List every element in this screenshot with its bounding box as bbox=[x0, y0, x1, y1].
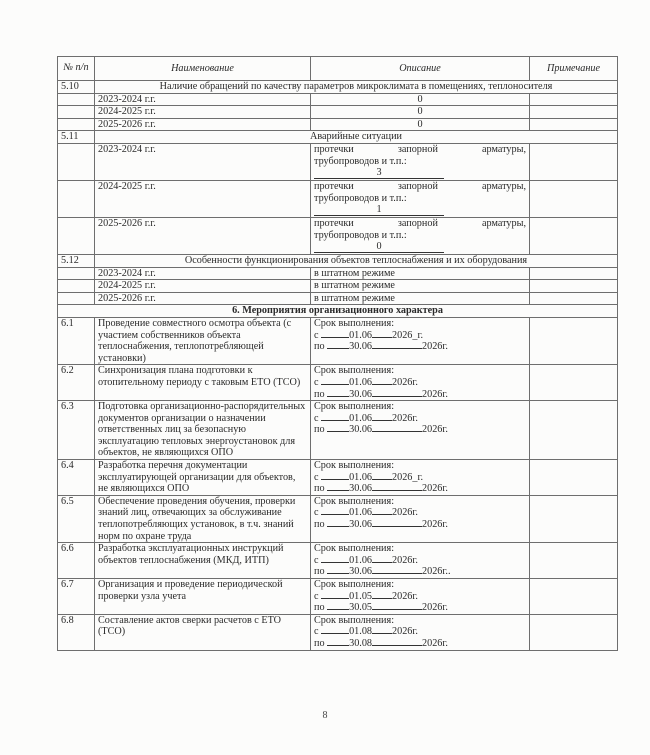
table-row: 2023-2024 г.г. в штатном режиме bbox=[58, 267, 618, 280]
term-label: Срок выполнения: bbox=[314, 496, 526, 508]
term-to: по 30.062026г. bbox=[314, 483, 526, 495]
from-date: 01.06 bbox=[349, 555, 372, 566]
term-label: Срок выполнения: bbox=[314, 318, 526, 330]
from-date: 01.06 bbox=[349, 330, 372, 341]
term: Срок выполнения:с 01.062026_г.по 30.0620… bbox=[311, 317, 530, 364]
term-label: Срок выполнения: bbox=[314, 543, 526, 555]
period: 2023-2024 г.г. bbox=[95, 267, 311, 280]
term: Срок выполнения:с 01.062026г.по 30.06202… bbox=[311, 495, 530, 542]
section-title: 6. Мероприятия организационного характер… bbox=[58, 305, 618, 318]
note bbox=[530, 317, 618, 364]
measure-name: Обеспечение проведения обучения, проверк… bbox=[95, 495, 311, 542]
description: протечки запорной арматуры, трубопроводо… bbox=[311, 180, 530, 217]
table-row: 6.3Подготовка организационно-распорядите… bbox=[58, 401, 618, 460]
to-date: 30.06 bbox=[349, 341, 372, 352]
measure-name: Организация и проведение периодической п… bbox=[95, 579, 311, 615]
note bbox=[530, 267, 618, 280]
term-label: Срок выполнения: bbox=[314, 615, 526, 627]
header-note: Примечание bbox=[530, 57, 618, 81]
value: в штатном режиме bbox=[311, 292, 530, 305]
note bbox=[530, 614, 618, 650]
note bbox=[530, 143, 618, 180]
row-num: 6.5 bbox=[58, 495, 95, 542]
from-year: 2026г. bbox=[392, 555, 418, 566]
term-from: с 01.052026г. bbox=[314, 591, 526, 603]
term-to: по 30.062026г. bbox=[314, 341, 526, 353]
row-num: 6.1 bbox=[58, 317, 95, 364]
table-row: 2025-2026 г.г. протечки запорной арматур… bbox=[58, 217, 618, 254]
to-date: 30.06 bbox=[349, 389, 372, 400]
note bbox=[530, 495, 618, 542]
table-row: 2023-2024 г.г. 0 bbox=[58, 93, 618, 106]
period: 2023-2024 г.г. bbox=[95, 143, 311, 180]
note bbox=[530, 579, 618, 615]
from-year: 2026_г. bbox=[392, 472, 423, 483]
row-num: 6.3 bbox=[58, 401, 95, 460]
term: Срок выполнения:с 01.062026г.по 30.06202… bbox=[311, 401, 530, 460]
note bbox=[530, 292, 618, 305]
to-year: 2026г. bbox=[422, 602, 448, 613]
term-to: по 30.082026г. bbox=[314, 638, 526, 650]
from-date: 01.06 bbox=[349, 507, 372, 518]
value: 0 bbox=[311, 106, 530, 119]
term-to: по 30.052026г. bbox=[314, 602, 526, 614]
value: 0 bbox=[311, 118, 530, 131]
page-number: 8 bbox=[0, 710, 650, 721]
section-row-5-12: 5.12 Особенности функционирования объект… bbox=[58, 254, 618, 267]
measure-name: Подготовка организационно-распорядительн… bbox=[95, 401, 311, 460]
value: в штатном режиме bbox=[311, 267, 530, 280]
section-row-5-11: 5.11 Аварийные ситуации bbox=[58, 131, 618, 144]
row-num: 6.6 bbox=[58, 543, 95, 579]
from-year: 2026г. bbox=[392, 591, 418, 602]
term-to: по 30.062026г. bbox=[314, 389, 526, 401]
from-year: 2026г. bbox=[392, 377, 418, 388]
row-num: 5.12 bbox=[58, 254, 95, 267]
note bbox=[530, 93, 618, 106]
from-date: 01.06 bbox=[349, 413, 372, 424]
from-year: 2026г. bbox=[392, 626, 418, 637]
period: 2023-2024 г.г. bbox=[95, 93, 311, 106]
note bbox=[530, 365, 618, 401]
measure-name: Проведение совместного осмотра объекта (… bbox=[95, 317, 311, 364]
note bbox=[530, 460, 618, 496]
section-row-5-10: 5.10 Наличие обращений по качеству парам… bbox=[58, 81, 618, 94]
count-value: 1 bbox=[314, 205, 444, 216]
measure-name: Разработка эксплуатационных инструкций о… bbox=[95, 543, 311, 579]
section-title: Аварийные ситуации bbox=[95, 131, 618, 144]
period: 2024-2025 г.г. bbox=[95, 280, 311, 293]
to-year: 2026г. bbox=[422, 341, 448, 352]
from-year: 2026г. bbox=[392, 507, 418, 518]
table-row: 6.1Проведение совместного осмотра объект… bbox=[58, 317, 618, 364]
note bbox=[530, 217, 618, 254]
to-date: 30.06 bbox=[349, 519, 372, 530]
term: Срок выполнения:с 01.062026_г.по 30.0620… bbox=[311, 460, 530, 496]
table-row: 6.7Организация и проведение периодическо… bbox=[58, 579, 618, 615]
measure-name: Синхронизация плана подготовки к отопите… bbox=[95, 365, 311, 401]
term: Срок выполнения:с 01.082026г.по 30.08202… bbox=[311, 614, 530, 650]
table-header-row: № п/п Наименование Описание Примечание bbox=[58, 57, 618, 81]
count-value: 0 bbox=[314, 242, 444, 253]
from-date: 01.06 bbox=[349, 472, 372, 483]
table-row: 6.4Разработка перечня документации экспл… bbox=[58, 460, 618, 496]
term-to: по 30.062026г. bbox=[314, 424, 526, 436]
table-row: 6.8Составление актов сверки расчетов с Е… bbox=[58, 614, 618, 650]
document-table: № п/п Наименование Описание Примечание 5… bbox=[57, 56, 618, 651]
note bbox=[530, 180, 618, 217]
table-row: 2025-2026 г.г. 0 bbox=[58, 118, 618, 131]
term-from: с 01.082026г. bbox=[314, 626, 526, 638]
term-from: с 01.062026г. bbox=[314, 507, 526, 519]
header-name: Наименование bbox=[95, 57, 311, 81]
note bbox=[530, 106, 618, 119]
to-year: 2026г. bbox=[422, 389, 448, 400]
term-label: Срок выполнения: bbox=[314, 460, 526, 472]
period: 2025-2026 г.г. bbox=[95, 292, 311, 305]
term: Срок выполнения:с 01.062026г.по 30.06202… bbox=[311, 543, 530, 579]
value: в штатном режиме bbox=[311, 280, 530, 293]
period: 2024-2025 г.г. bbox=[95, 106, 311, 119]
term-from: с 01.062026_г. bbox=[314, 472, 526, 484]
table-row: 6.5Обеспечение проведения обучения, пров… bbox=[58, 495, 618, 542]
table-row: 2024-2025 г.г. 0 bbox=[58, 106, 618, 119]
period: 2024-2025 г.г. bbox=[95, 180, 311, 217]
to-year: 2026г. bbox=[422, 519, 448, 530]
table-row: 2025-2026 г.г. в штатном режиме bbox=[58, 292, 618, 305]
term-label: Срок выполнения: bbox=[314, 365, 526, 377]
term: Срок выполнения:с 01.062026г.по 30.06202… bbox=[311, 365, 530, 401]
description: протечки запорной арматуры, трубопроводо… bbox=[311, 143, 530, 180]
table-row: 2024-2025 г.г. в штатном режиме bbox=[58, 280, 618, 293]
from-date: 01.08 bbox=[349, 626, 372, 637]
description: протечки запорной арматуры, трубопроводо… bbox=[311, 217, 530, 254]
section-heading-6: 6. Мероприятия организационного характер… bbox=[58, 305, 618, 318]
term-from: с 01.062026г. bbox=[314, 377, 526, 389]
row-num: 5.11 bbox=[58, 131, 95, 144]
note bbox=[530, 118, 618, 131]
term-label: Срок выполнения: bbox=[314, 579, 526, 591]
term-from: с 01.062026г. bbox=[314, 555, 526, 567]
row-num: 6.7 bbox=[58, 579, 95, 615]
row-num: 6.2 bbox=[58, 365, 95, 401]
term-from: с 01.062026г. bbox=[314, 413, 526, 425]
to-date: 30.06 bbox=[349, 566, 372, 577]
term-from: с 01.062026_г. bbox=[314, 330, 526, 342]
table-row: 6.6Разработка эксплуатационных инструкци… bbox=[58, 543, 618, 579]
row-num: 5.10 bbox=[58, 81, 95, 94]
to-year: 2026г. bbox=[422, 638, 448, 649]
from-date: 01.05 bbox=[349, 591, 372, 602]
to-year: 2026г.. bbox=[422, 566, 451, 577]
to-date: 30.05 bbox=[349, 602, 372, 613]
table-row: 2023-2024 г.г. протечки запорной арматур… bbox=[58, 143, 618, 180]
row-num: 6.8 bbox=[58, 614, 95, 650]
term: Срок выполнения:с 01.052026г.по 30.05202… bbox=[311, 579, 530, 615]
to-year: 2026г. bbox=[422, 424, 448, 435]
period: 2025-2026 г.г. bbox=[95, 217, 311, 254]
term-label: Срок выполнения: bbox=[314, 401, 526, 413]
measure-name: Разработка перечня документации эксплуат… bbox=[95, 460, 311, 496]
row-num: 6.4 bbox=[58, 460, 95, 496]
term-to: по 30.062026г.. bbox=[314, 566, 526, 578]
note bbox=[530, 401, 618, 460]
term-to: по 30.062026г. bbox=[314, 519, 526, 531]
from-year: 2026г. bbox=[392, 413, 418, 424]
header-num: № п/п bbox=[58, 57, 95, 81]
to-date: 30.08 bbox=[349, 638, 372, 649]
to-date: 30.06 bbox=[349, 424, 372, 435]
period: 2025-2026 г.г. bbox=[95, 118, 311, 131]
to-year: 2026г. bbox=[422, 483, 448, 494]
measure-name: Составление актов сверки расчетов с ЕТО … bbox=[95, 614, 311, 650]
from-date: 01.06 bbox=[349, 377, 372, 388]
table-row: 6.2Синхронизация плана подготовки к отоп… bbox=[58, 365, 618, 401]
count-value: 3 bbox=[314, 168, 444, 179]
value: 0 bbox=[311, 93, 530, 106]
note bbox=[530, 280, 618, 293]
from-year: 2026_г. bbox=[392, 330, 423, 341]
section-title: Наличие обращений по качеству параметров… bbox=[95, 81, 618, 94]
to-date: 30.06 bbox=[349, 483, 372, 494]
header-description: Описание bbox=[311, 57, 530, 81]
note bbox=[530, 543, 618, 579]
section-title: Особенности функционирования объектов те… bbox=[95, 254, 618, 267]
table-row: 2024-2025 г.г. протечки запорной арматур… bbox=[58, 180, 618, 217]
